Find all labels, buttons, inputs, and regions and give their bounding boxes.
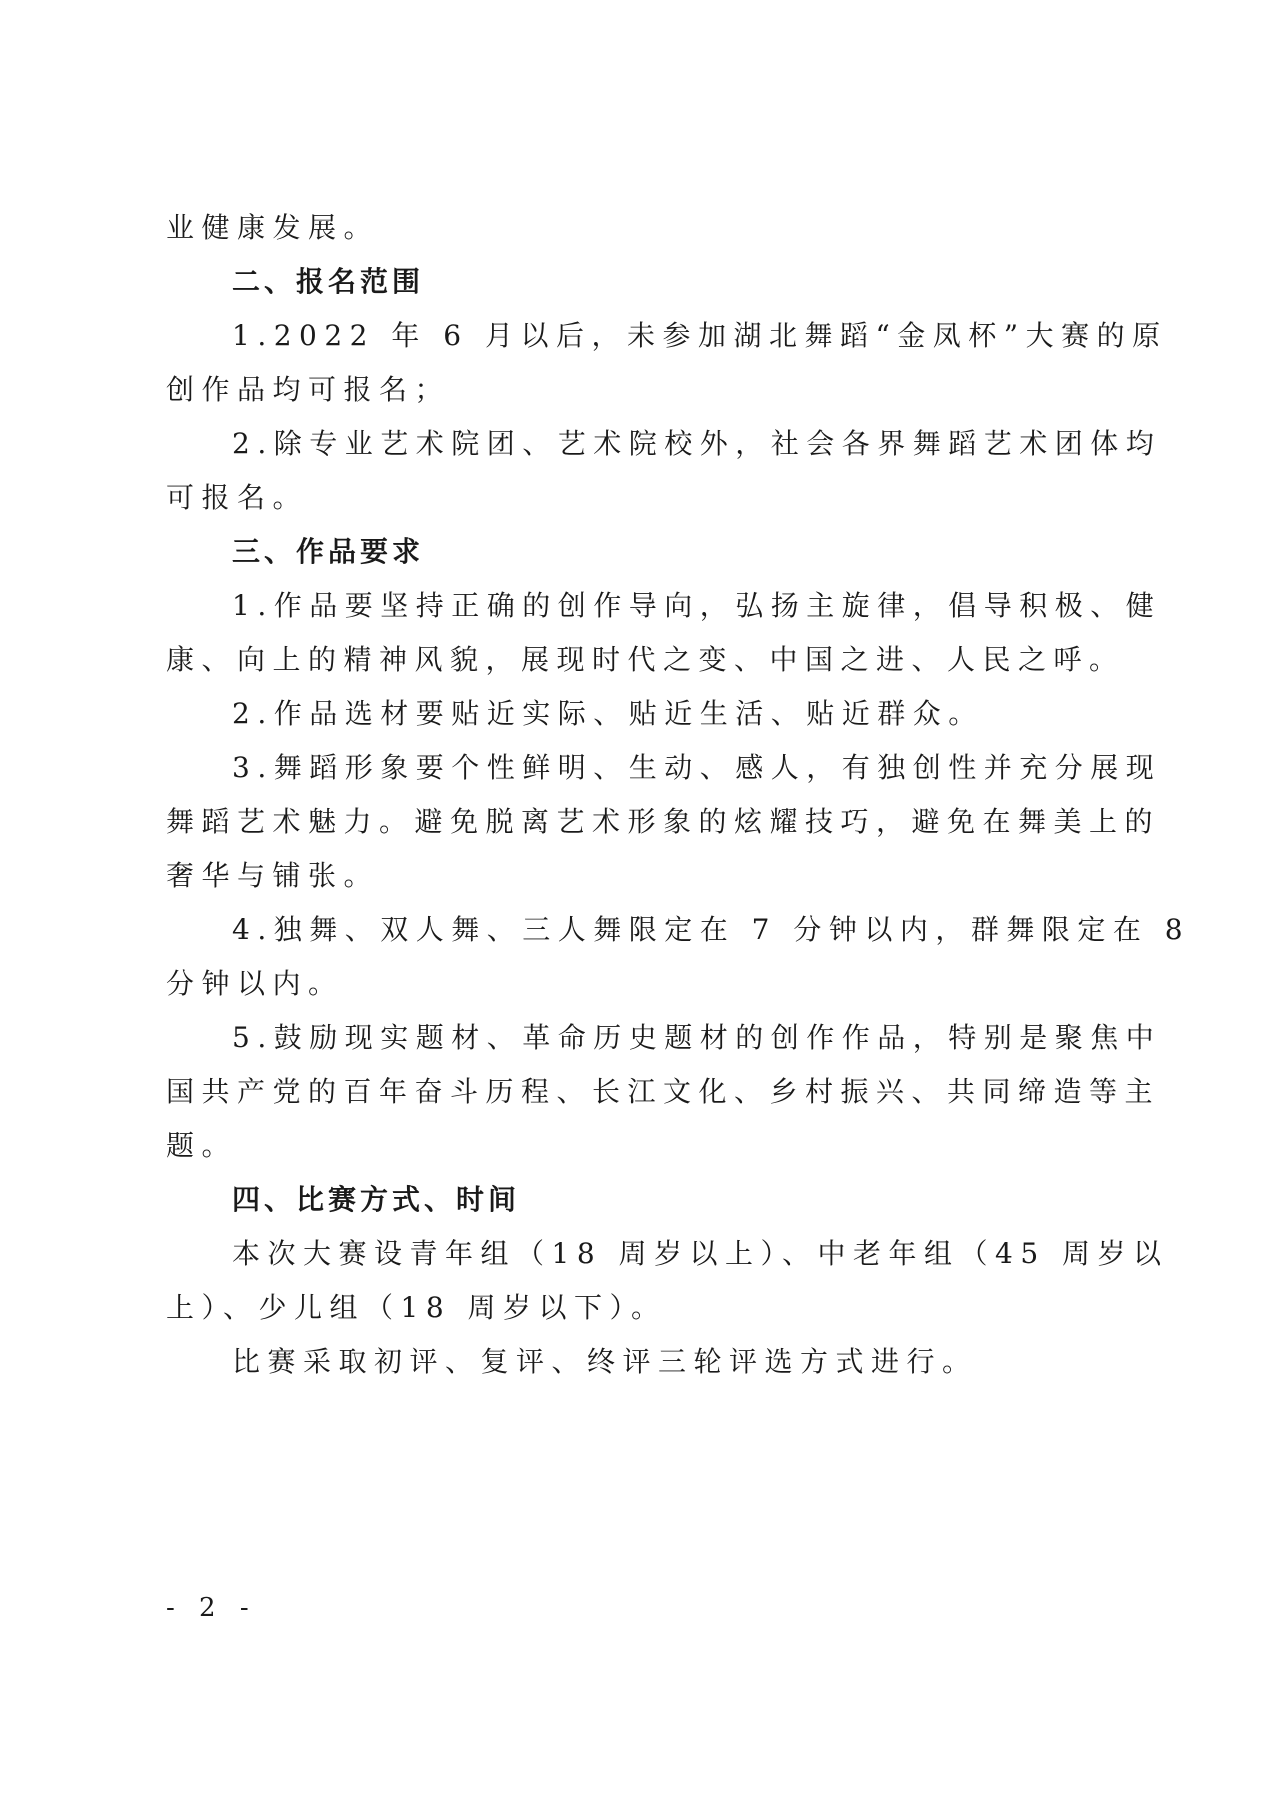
paragraph-line: 2.作品选材要贴近实际、贴近生活、贴近群众。 <box>232 694 1192 734</box>
paragraph-line: 比赛采取初评、复评、终评三轮评选方式进行。 <box>232 1342 1192 1382</box>
paragraph-line: 本次大赛设青年组（18 周岁以上）、中老年组（45 周岁以 <box>232 1234 1192 1274</box>
paragraph-line: 4.独舞、双人舞、三人舞限定在 7 分钟以内，群舞限定在 8 <box>232 910 1192 950</box>
paragraph-line: 5.鼓励现实题材、革命历史题材的创作作品，特别是聚焦中 <box>232 1018 1192 1058</box>
paragraph-line: 业健康发展。 <box>166 208 1126 248</box>
paragraph-line: 康、向上的精神风貌，展现时代之变、中国之进、人民之呼。 <box>166 640 1126 680</box>
paragraph-line: 2.除专业艺术院团、艺术院校外，社会各界舞蹈艺术团体均 <box>232 424 1192 464</box>
paragraph-line: 分钟以内。 <box>166 964 1126 1004</box>
section-heading-work-requirements: 三、作品要求 <box>232 532 1192 572</box>
paragraph-line: 1.2022 年 6 月以后，未参加湖北舞蹈“金凤杯”大赛的原 <box>232 316 1192 356</box>
paragraph-line: 题。 <box>166 1126 1126 1166</box>
page-number: - 2 - <box>166 1588 257 1628</box>
paragraph-line: 舞蹈艺术魅力。避免脱离艺术形象的炫耀技巧，避免在舞美上的 <box>166 802 1126 842</box>
paragraph-line: 可报名。 <box>166 478 1126 518</box>
paragraph-line: 3.舞蹈形象要个性鲜明、生动、感人，有独创性并充分展现 <box>232 748 1192 788</box>
paragraph-line: 1.作品要坚持正确的创作导向，弘扬主旋律，倡导积极、健 <box>232 586 1192 626</box>
section-heading-registration-scope: 二、报名范围 <box>232 262 1192 302</box>
document-page: 业健康发展。 二、报名范围 1.2022 年 6 月以后，未参加湖北舞蹈“金凤杯… <box>0 0 1280 1810</box>
paragraph-line: 创作品均可报名； <box>166 370 1126 410</box>
paragraph-line: 上）、少儿组（18 周岁以下）。 <box>166 1288 1126 1328</box>
paragraph-line: 奢华与铺张。 <box>166 856 1126 896</box>
section-heading-competition-format: 四、比赛方式、时间 <box>232 1180 1192 1220</box>
paragraph-line: 国共产党的百年奋斗历程、长江文化、乡村振兴、共同缔造等主 <box>166 1072 1126 1112</box>
